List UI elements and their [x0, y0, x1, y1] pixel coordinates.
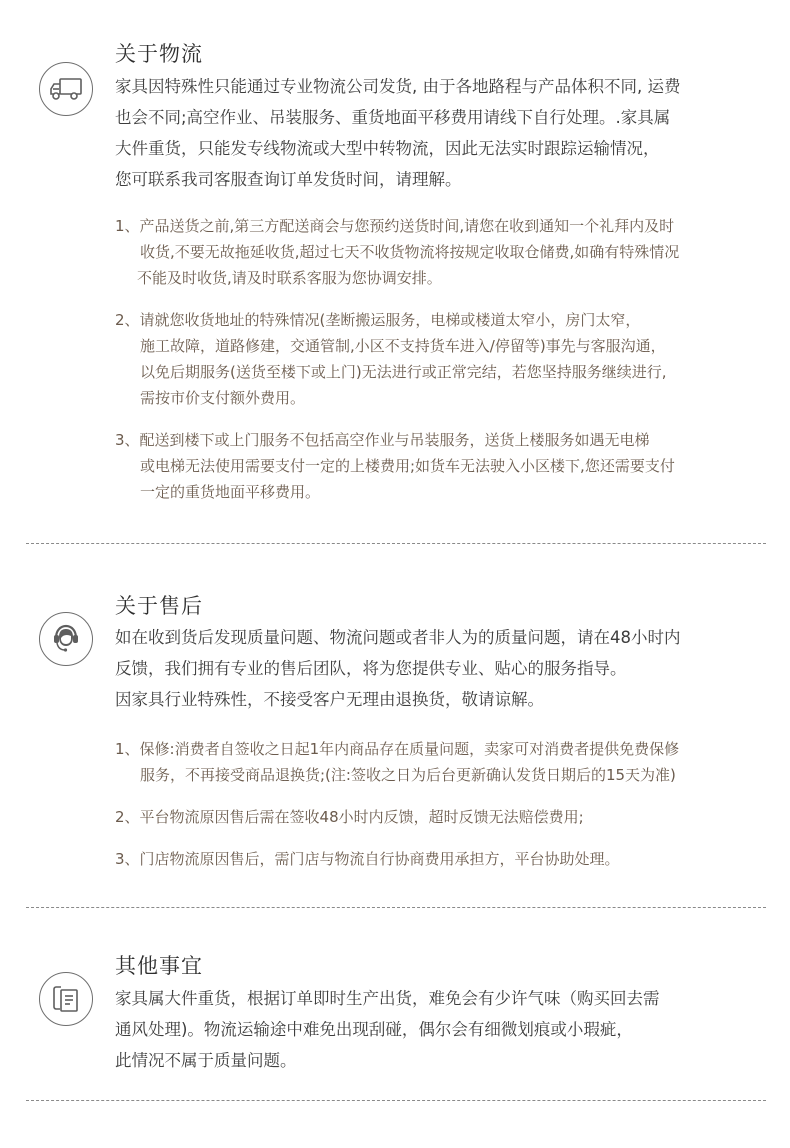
intro-line: 因家具行业特殊性，不接受客户无理由退换货，敬请谅解。 [115, 684, 775, 715]
intro-line: 大件重货，只能发专线物流或大型中转物流，因此无法实时跟踪运输情况， [115, 133, 775, 164]
list-line: 施工故障，道路修建，交通管制,小区不支持货车进入/停留等)事先与客服沟通， [115, 333, 775, 359]
intro-line: 如在收到货后发现质量问题、物流问题或者非人为的质量问题，请在48小时内 [115, 622, 775, 653]
list-line: 1、保修:消费者自签收之日起1年内商品存在质量问题，卖家可对消费者提供免费保修 [115, 736, 775, 762]
list-line: 服务，不再接受商品退换货;(注:签收之日为后台更新确认发货日期后的15天为准) [115, 762, 775, 788]
list-line: 3、配送到楼下或上门服务不包括高空作业与吊装服务，送货上楼服务如遇无电梯 [115, 427, 775, 453]
intro-line: 通风处理)。物流运输途中难免出现刮碰，偶尔会有细微划痕或小瑕疵， [115, 1014, 775, 1045]
intro-line: 家具属大件重货，根据订单即时生产出货，难免会有少许气味（购买回去需 [115, 983, 775, 1014]
list-line: 一定的重货地面平移费用。 [115, 479, 775, 505]
intro-line: 您可联系我司客服查询订单发货时间，请理解。 [115, 164, 775, 195]
section-title: 关于物流 [115, 40, 203, 68]
list-line: 3、门店物流原因售后，需门店与物流自行协商费用承担方，平台协助处理。 [115, 846, 775, 872]
section-intro: 家具属大件重货，根据订单即时生产出货，难免会有少许气味（购买回去需 通风处理)。… [115, 983, 775, 1076]
notice-list: 1、保修:消费者自签收之日起1年内商品存在质量问题，卖家可对消费者提供免费保修 … [115, 736, 775, 888]
list-line: 不能及时收货,请及时联系客服为您协调安排。 [115, 265, 775, 291]
list-item: 3、门店物流原因售后，需门店与物流自行协商费用承担方，平台协助处理。 [115, 846, 775, 872]
truck-icon [39, 62, 93, 116]
list-item: 2、平台物流原因售后需在签收48小时内反馈，超时反馈无法赔偿费用; [115, 804, 775, 830]
list-line: 收货,不要无故拖延收货,超过七天不收货物流将按规定收取仓储费,如确有特殊情况 [115, 239, 775, 265]
intro-line: 此情况不属于质量问题。 [115, 1045, 775, 1076]
list-line: 2、请就您收货地址的特殊情况(垄断搬运服务，电梯或楼道太窄小，房门太窄， [115, 307, 775, 333]
list-line: 需按市价支付额外费用。 [115, 385, 775, 411]
documents-icon [39, 972, 93, 1026]
list-line: 1、产品送货之前,第三方配送商会与您预约送货时间,请您在收到通知一个礼拜内及时 [115, 213, 775, 239]
dashed-divider [26, 907, 766, 908]
list-item: 2、请就您收货地址的特殊情况(垄断搬运服务，电梯或楼道太窄小，房门太窄， 施工故… [115, 307, 775, 411]
intro-line: 反馈，我们拥有专业的售后团队，将为您提供专业、贴心的服务指导。 [115, 653, 775, 684]
section-title: 其他事宜 [115, 952, 203, 980]
section-intro: 家具因特殊性只能通过专业物流公司发货, 由于各地路程与产品体积不同, 运费 也会… [115, 71, 775, 195]
section-intro: 如在收到货后发现质量问题、物流问题或者非人为的质量问题，请在48小时内 反馈，我… [115, 622, 775, 715]
notice-list: 1、产品送货之前,第三方配送商会与您预约送货时间,请您在收到通知一个礼拜内及时 … [115, 213, 775, 521]
list-line: 2、平台物流原因售后需在签收48小时内反馈，超时反馈无法赔偿费用; [115, 804, 775, 830]
list-item: 1、保修:消费者自签收之日起1年内商品存在质量问题，卖家可对消费者提供免费保修 … [115, 736, 775, 788]
customer-service-headset-icon [39, 612, 93, 666]
list-item: 3、配送到楼下或上门服务不包括高空作业与吊装服务，送货上楼服务如遇无电梯 或电梯… [115, 427, 775, 505]
list-line: 或电梯无法使用需要支付一定的上楼费用;如货车无法驶入小区楼下,您还需要支付 [115, 453, 775, 479]
section-title: 关于售后 [115, 592, 203, 620]
intro-line: 家具因特殊性只能通过专业物流公司发货, 由于各地路程与产品体积不同, 运费 [115, 71, 775, 102]
dashed-divider [26, 543, 766, 544]
list-item: 1、产品送货之前,第三方配送商会与您预约送货时间,请您在收到通知一个礼拜内及时 … [115, 213, 775, 291]
dashed-divider [26, 1100, 766, 1101]
list-line: 以免后期服务(送货至楼下或上门)无法进行或正常完结，若您坚持服务继续进行, [115, 359, 775, 385]
intro-line: 也会不同;高空作业、吊装服务、重货地面平移费用请线下自行处理。.家具属 [115, 102, 775, 133]
